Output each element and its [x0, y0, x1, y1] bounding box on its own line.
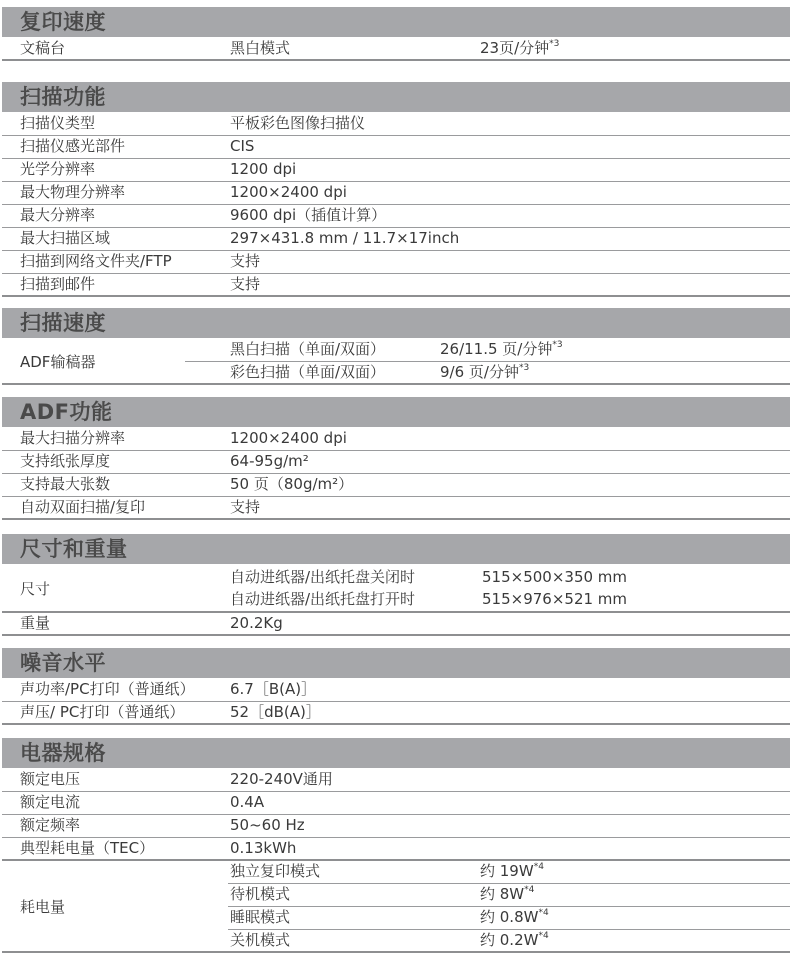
row-mode: 彩色扫描（单面/双面） [230, 362, 385, 383]
row-label: 最大分辨率 [20, 205, 95, 226]
table-row: 文稿台 黑白模式 23页/分钟*3 [2, 38, 790, 61]
table-row-group: ADF输稿器 黑白扫描（单面/双面） 26/11.5 页/分钟*3 彩色扫描（单… [2, 339, 790, 385]
row-value: 64-95g/m² [230, 451, 309, 472]
row-value: 9/6 页/分钟*3 [440, 362, 529, 383]
row-value: 支持 [230, 251, 260, 272]
table-subrow: 彩色扫描（单面/双面） 9/6 页/分钟*3 [185, 362, 790, 385]
table-row: 最大分辨率9600 dpi（插值计算） [2, 205, 790, 228]
row-value: 平板彩色图像扫描仪 [230, 113, 365, 134]
row-label: 支持纸张厚度 [20, 451, 110, 472]
row-value: 0.4A [230, 792, 264, 813]
row-mode: 关机模式 [230, 930, 290, 951]
row-label: 扫描仪感光部件 [20, 136, 125, 157]
row-label: 额定电流 [20, 792, 80, 813]
row-label: 自动双面扫描/复印 [20, 497, 145, 518]
row-mode: 待机模式 [230, 884, 290, 905]
row-value: 1200×2400 dpi [230, 182, 347, 203]
table-row: 自动双面扫描/复印支持 [2, 497, 790, 520]
table-row-group: 尺寸 自动进纸器/出纸托盘关闭时 515×500×350 mm 自动进纸器/出纸… [2, 565, 790, 613]
table-row: 光学分辨率1200 dpi [2, 159, 790, 182]
table-subrow: 独立复印模式 约 19W*4 [228, 861, 790, 884]
table-row: 额定频率50~60 Hz [2, 815, 790, 838]
row-value: 约 8W*4 [480, 884, 534, 905]
row-value: 50 页（80g/m²） [230, 474, 353, 495]
row-value: 支持 [230, 497, 260, 518]
row-label: 最大扫描分辨率 [20, 428, 125, 449]
row-mode: 黑白模式 [230, 38, 290, 59]
row-label: 额定电压 [20, 769, 80, 790]
row-label: 文稿台 [20, 38, 65, 59]
table-row: 扫描到网络文件夹/FTP支持 [2, 251, 790, 274]
row-value: 支持 [230, 274, 260, 295]
row-label: 声压/ PC打印（普通纸） [20, 702, 184, 723]
table-row: 声压/ PC打印（普通纸）52［dB(A)］ [2, 702, 790, 725]
section-header-electrical: 电器规格 [2, 738, 790, 768]
row-value: 515×500×350 mm [482, 567, 627, 588]
row-value: 约 0.2W*4 [480, 930, 549, 951]
row-value: 515×976×521 mm [482, 589, 627, 610]
row-value: 26/11.5 页/分钟*3 [440, 339, 563, 360]
section-header-noise: 噪音水平 [2, 648, 790, 678]
table-row: 支持最大张数50 页（80g/m²） [2, 474, 790, 497]
table-row: 扫描仪感光部件CIS [2, 136, 790, 159]
row-label: 支持最大张数 [20, 474, 110, 495]
row-value: 1200×2400 dpi [230, 428, 347, 449]
row-value: 6.7［B(A)］ [230, 679, 316, 700]
row-value: 1200 dpi [230, 159, 296, 180]
table-row: 支持纸张厚度64-95g/m² [2, 451, 790, 474]
table-subrow: 睡眠模式 约 0.8W*4 [228, 907, 790, 930]
row-label: 典型耗电量（TEC） [20, 838, 154, 859]
row-label: 声功率/PC打印（普通纸） [20, 679, 195, 700]
row-label: 重量 [20, 613, 50, 634]
row-label: 额定频率 [20, 815, 80, 836]
row-value: 约 0.8W*4 [480, 907, 549, 928]
row-value: 0.13kWh [230, 838, 296, 859]
table-row: 额定电压220-240V通用 [2, 769, 790, 792]
row-label: 最大物理分辨率 [20, 182, 125, 203]
row-label: 扫描仪类型 [20, 113, 95, 134]
table-row: 最大扫描分辨率1200×2400 dpi [2, 428, 790, 451]
row-value: 9600 dpi（插值计算） [230, 205, 386, 226]
section-header-copy-speed: 复印速度 [2, 7, 790, 37]
row-label: 光学分辨率 [20, 159, 95, 180]
table-row: 重量20.2Kg [2, 613, 790, 636]
table-subrow: 关机模式 约 0.2W*4 [228, 930, 790, 953]
table-row: 典型耗电量（TEC）0.13kWh [2, 838, 790, 861]
table-subrow: 黑白扫描（单面/双面） 26/11.5 页/分钟*3 [185, 339, 790, 362]
table-row: 扫描仪类型平板彩色图像扫描仪 [2, 113, 790, 136]
table-row: 声功率/PC打印（普通纸）6.7［B(A)］ [2, 679, 790, 702]
section-header-scan-function: 扫描功能 [2, 82, 790, 112]
row-label: ADF输稿器 [20, 351, 95, 372]
row-value: CIS [230, 136, 254, 157]
row-label: 耗电量 [20, 896, 65, 917]
section-header-adf-function: ADF功能 [2, 397, 790, 427]
row-mode: 独立复印模式 [230, 861, 320, 882]
section-header-size-weight: 尺寸和重量 [2, 534, 790, 564]
row-mode: 睡眠模式 [230, 907, 290, 928]
table-row: 额定电流0.4A [2, 792, 790, 815]
row-value: 约 19W*4 [480, 861, 544, 882]
table-row: 最大物理分辨率1200×2400 dpi [2, 182, 790, 205]
table-row: 扫描到邮件支持 [2, 274, 790, 297]
table-subrow: 待机模式 约 8W*4 [228, 884, 790, 907]
row-label: 最大扫描区域 [20, 228, 110, 249]
row-label: 扫描到邮件 [20, 274, 95, 295]
row-value: 50~60 Hz [230, 815, 305, 836]
row-mode: 自动进纸器/出纸托盘打开时 [230, 589, 415, 610]
row-value: 220-240V通用 [230, 769, 333, 790]
table-row: 最大扫描区域297×431.8 mm / 11.7×17inch [2, 228, 790, 251]
row-value: 23页/分钟*3 [480, 38, 559, 59]
row-mode: 黑白扫描（单面/双面） [230, 339, 385, 360]
row-mode: 自动进纸器/出纸托盘关闭时 [230, 567, 415, 588]
row-label: 尺寸 [20, 578, 50, 599]
row-value: 20.2Kg [230, 613, 283, 634]
row-label: 扫描到网络文件夹/FTP [20, 251, 172, 272]
section-header-scan-speed: 扫描速度 [2, 308, 790, 338]
row-value: 297×431.8 mm / 11.7×17inch [230, 228, 459, 249]
table-row-group: 耗电量 独立复印模式 约 19W*4 待机模式 约 8W*4 睡眠模式 约 0.… [2, 861, 790, 953]
row-value: 52［dB(A)］ [230, 702, 321, 723]
